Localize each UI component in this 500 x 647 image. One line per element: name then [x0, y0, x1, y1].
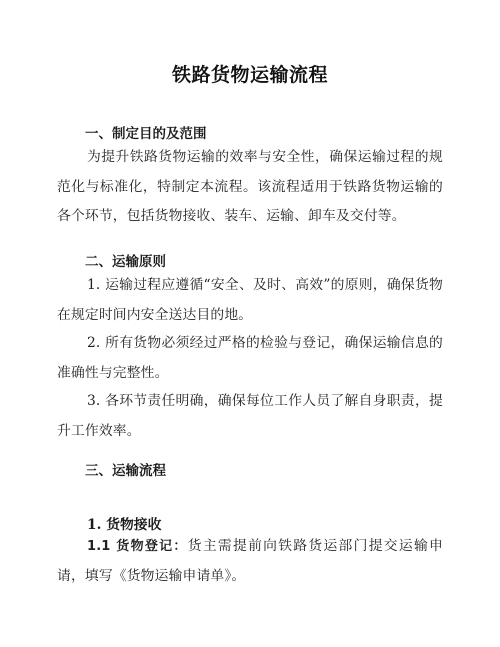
section-heading-process: 三、运输流程	[85, 459, 166, 479]
paragraph-purpose: 为提升铁路货物运输的效率与安全性，确保运输过程的规范化与标准化，特制定本流程。该…	[57, 143, 443, 232]
subheading-cargo-receipt: 1. 货物接收	[87, 513, 161, 533]
paragraph-principle-2: 2. 所有货物必须经过严格的检验与登记，确保运输信息的准确性与完整性。	[57, 329, 443, 388]
section-heading-purpose: 一、制定目的及范围	[85, 122, 207, 142]
section-heading-principles: 二、运输原则	[85, 250, 166, 270]
item-label: 1.1 货物登记：	[87, 539, 188, 554]
document-title: 铁路货物运输流程	[57, 60, 443, 87]
paragraph-principle-3: 3. 各环节责任明确，确保每位工作人员了解自身职责，提升工作效率。	[57, 387, 443, 446]
paragraph-cargo-registration: 1.1 货物登记：货主需提前向铁路货运部门提交运输申请，填写《货物运输申请单》。	[57, 532, 443, 591]
paragraph-principle-1: 1. 运输过程应遵循“安全、及时、高效”的原则，确保货物在规定时间内安全送达目的…	[57, 271, 443, 330]
